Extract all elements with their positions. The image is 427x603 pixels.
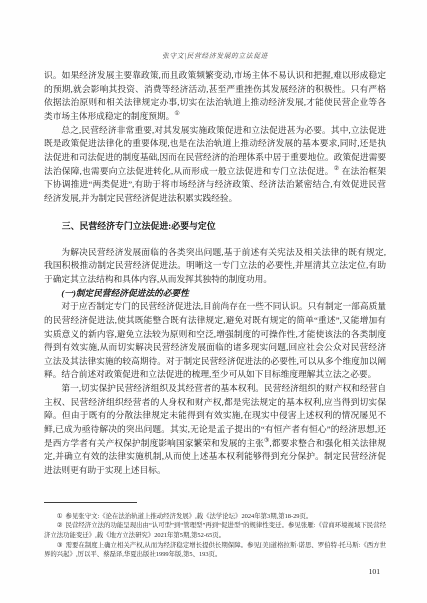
text-run: 为解决民营经济发展面临的各类突出问题,基于前述有关宪法及相关法律的既有规定,我国…	[44, 247, 386, 284]
footnote-marker: ①	[57, 513, 63, 520]
footnote-marker: ③	[57, 542, 63, 549]
page-number: 101	[44, 567, 386, 576]
paragraph: 识。如果经济发展主要靠政策,而且政策频繁变动,市场主体不易认识和把握,难以形成稳…	[44, 69, 386, 124]
footnote-text: 参见张守文:《论在法治轨道上推动经济发展》,载《法学论坛》2024年第3期,第1…	[66, 513, 313, 520]
text-run: 三、民营经济专门立法促进:必要与定位	[62, 221, 216, 231]
text-run: (一)制定民营经济促进法的必要性	[61, 288, 188, 298]
paper-page: 张守文|民营经济发展的立法促进 识。如果经济发展主要靠政策,而且政策频繁变动,市…	[0, 0, 427, 603]
subsection-heading: (一)制定民营经济促进法的必要性	[44, 287, 386, 301]
section-heading: 三、民营经济专门立法促进:必要与定位	[44, 220, 386, 233]
running-header: 张守文|民营经济发展的立法促进	[44, 50, 386, 60]
text-run: 对于应否制定专门的民营经济促进法,目前尚存在一些不同认识。只有制定一部高质量的民…	[44, 301, 386, 379]
text-run: 识。如果经济发展主要靠政策,而且政策频繁变动,市场主体不易认识和把握,难以形成稳…	[44, 70, 386, 121]
paragraph: 对于应否制定专门的民营经济促进法,目前尚存在一些不同认识。只有制定一部高质量的民…	[44, 300, 386, 382]
footnote: ③需要在制度上确立相关产权,从而为经济稳定增长提供长期保障。参见[美]道格拉斯·…	[44, 541, 386, 560]
page-content: 张守文|民营经济发展的立法促进 识。如果经济发展主要靠政策,而且政策频繁变动,市…	[44, 50, 386, 576]
footnote-marker: ②	[57, 522, 63, 529]
footnote-reference: ①	[174, 111, 179, 117]
footnote: ①参见张守文:《论在法治轨道上推动经济发展》,载《法学论坛》2024年第3期,第…	[44, 512, 386, 522]
paragraph: 总之,民营经济非常重要,对其发展实施政策促进和立法促进甚为必要。其中,立法促进既…	[44, 124, 386, 206]
footnote-text: 民营经济立法的功能呈现出由“认可型”到“管理型”再到“促进型”的规律性变迁。参见…	[44, 522, 386, 539]
paragraph: 第一,切实保护民营经济组织及其经营者的基本权利。民营经济组织的财产权和经营自主权…	[44, 382, 386, 478]
footnote-text: 需要在制度上确立相关产权,从而为经济稳定增长提供长期保障。参见[美]道格拉斯·诺…	[44, 542, 386, 559]
footnote-divider	[44, 502, 137, 503]
article-body: 识。如果经济发展主要靠政策,而且政策频繁变动,市场主体不易认识和把握,难以形成稳…	[44, 69, 386, 478]
footnote: ②民营经济立法的功能呈现出由“认可型”到“管理型”再到“促进型”的规律性变迁。参…	[44, 521, 386, 540]
paragraph: 为解决民营经济发展面临的各类突出问题,基于前述有关宪法及相关法律的既有规定,我国…	[44, 246, 386, 287]
footnotes: ①参见张守文:《论在法治轨道上推动经济发展》,载《法学论坛》2024年第3期,第…	[44, 512, 386, 560]
